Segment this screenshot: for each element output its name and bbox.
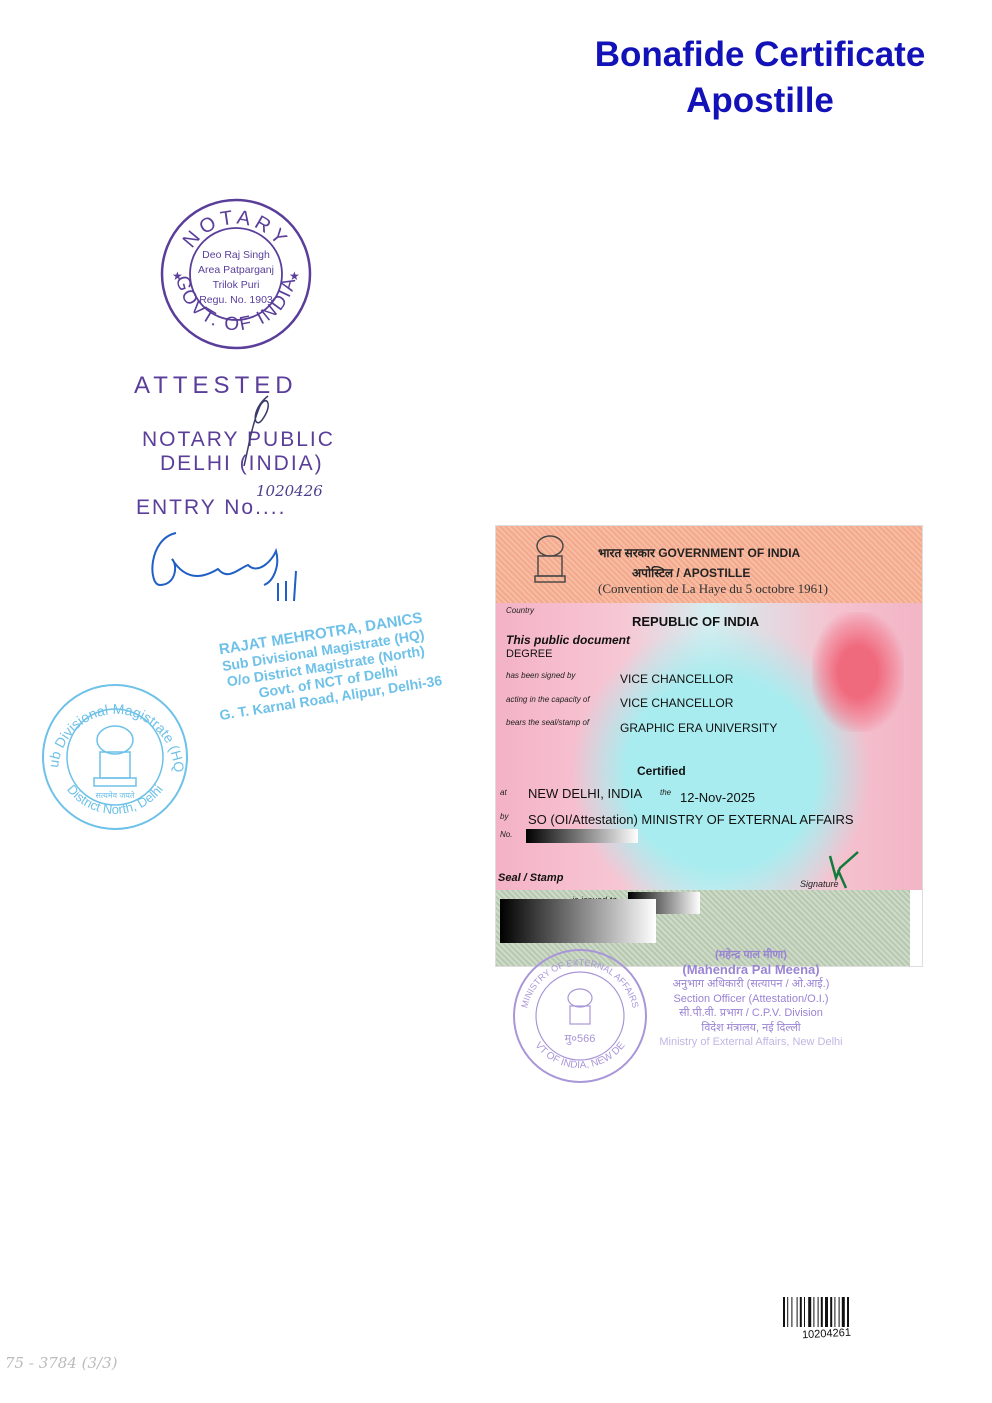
notary-seal-icon: NOTARY GOVT. OF INDIA ★ ★ Deo Raj Singh … <box>158 196 314 352</box>
barcode-number: 10204261 <box>802 1327 852 1342</box>
signed-by-value: VICE CHANCELLOR <box>620 672 733 686</box>
title-line-2: Apostille <box>560 78 960 124</box>
national-emblem-icon <box>530 532 570 590</box>
certified-by-value: SO (OI/Attestation) MINISTRY OF EXTERNAL… <box>528 812 854 827</box>
svg-text:NOTARY: NOTARY <box>179 207 294 253</box>
certified-at-value: NEW DELHI, INDIA <box>528 786 642 801</box>
redacted-recipient <box>500 899 656 943</box>
notary-public-label: NOTARY PUBLIC <box>142 428 335 452</box>
svg-text:Deo Raj Singh: Deo Raj Singh <box>202 249 270 261</box>
svg-text:★: ★ <box>289 269 300 283</box>
svg-text:★: ★ <box>172 269 183 283</box>
barcode-icon <box>783 1297 879 1329</box>
apostille-header: भारत सरकार GOVERNMENT OF INDIA अपोस्टिल … <box>496 526 922 603</box>
apostille-certificate: भारत सरकार GOVERNMENT OF INDIA अपोस्टिल … <box>496 526 922 966</box>
svg-text:Trilok Puri: Trilok Puri <box>213 279 260 291</box>
title-line-1: Bonafide Certificate <box>560 32 960 78</box>
sdm-stamp: RAJAT MEHROTRA, DANICS Sub Divisional Ma… <box>196 607 455 725</box>
entry-number: 1020426 <box>256 482 323 500</box>
certified-date: 12-Nov-2025 <box>680 790 755 805</box>
capacity-value: VICE CHANCELLOR <box>620 696 733 710</box>
svg-text:Area Patparganj: Area Patparganj <box>198 264 274 276</box>
svg-text:मु०566: मु०566 <box>565 1033 596 1045</box>
seal-of-value: GRAPHIC ERA UNIVERSITY <box>620 721 777 735</box>
handwritten-signature-icon <box>148 525 318 605</box>
country-value: REPUBLIC OF INDIA <box>632 614 759 629</box>
redacted-number <box>526 829 638 843</box>
sdm-seal-icon: Sub Divisional Magistrate (HQ) District … <box>40 682 190 832</box>
mea-seal-icon: MINISTRY OF EXTERNAL AFFAIRS GOVT OF IND… <box>510 946 650 1086</box>
svg-text:सत्यमेव जयते: सत्यमेव जयते <box>96 790 135 800</box>
document-type: DEGREE <box>506 648 552 660</box>
handwritten-note: 75 - 3784 (3/3) <box>5 1354 117 1372</box>
mea-officer-stamp: (महेन्द्र पाल मीणा) (Mahendra Pal Meena)… <box>646 948 856 1050</box>
emblem-watermark-icon <box>812 612 904 732</box>
svg-text:Sub Divisional Magistrate (HQ): Sub Divisional Magistrate (HQ) <box>40 682 187 773</box>
svg-text:Regu. No. 1903: Regu. No. 1903 <box>199 294 273 306</box>
notary-signature-icon <box>240 390 290 470</box>
